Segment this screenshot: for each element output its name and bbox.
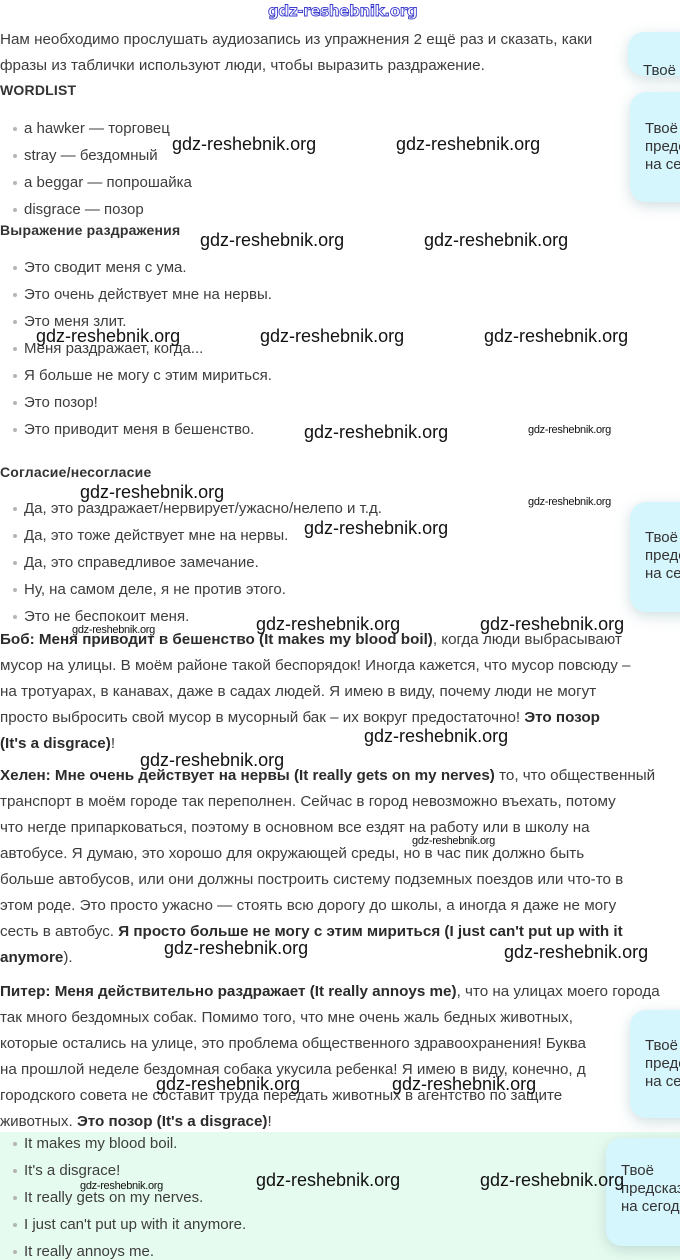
watermark: gdz-reshebnik.org [36,326,180,347]
prediction-widget[interactable]: Твоё предсказание на сегодня [630,1010,680,1118]
watermark: gdz-reshebnik.org [256,614,400,635]
prediction-widget[interactable]: Твоё [628,32,680,76]
list-item: Я больше не могу с этим мириться. [0,362,272,389]
watermark: gdz-reshebnik.org [80,1180,163,1192]
watermark: gdz-reshebnik.org [304,518,448,539]
prediction-widget[interactable]: Твоё предсказание на сегодня [606,1138,680,1246]
watermark: gdz-reshebnik.org [256,1170,400,1191]
watermark: gdz-reshebnik.org [164,938,308,959]
watermark: gdz-reshebnik.org [484,326,628,347]
list-item: Это позор! [0,389,272,416]
list-item: It really annoys me. [0,1238,246,1260]
peter-paragraph: Питер: Меня действительно раздражает (It… [0,979,676,1135]
list-item: It makes my blood boil. [0,1130,246,1157]
list-item: a hawker — торговец [0,115,192,142]
watermark: gdz-reshebnik.org [424,230,568,251]
list-item: Да, это справедливое замечание. [0,549,382,576]
list-item: Это сводит меня с ума. [0,254,272,281]
irritation-heading: Выражение раздражения [0,222,180,238]
watermark: gdz-reshebnik.org [304,422,448,443]
watermark: gdz-reshebnik.org [480,614,624,635]
wordlist: a hawker — торговец stray — бездомный a … [0,115,192,223]
agreement-heading: Согласие/несогласие [0,464,151,480]
intro-paragraph: Нам необходимо прослушать аудиозапись из… [0,27,676,79]
watermark: gdz-reshebnik.org [140,750,284,771]
list-item: Это очень действует мне на нервы. [0,281,272,308]
watermark: gdz-reshebnik.org [396,134,540,155]
watermark: gdz-reshebnik.org [480,1170,624,1191]
list-item: Ну, на самом деле, я не против этого. [0,576,382,603]
watermark: gdz-reshebnik.org [260,326,404,347]
watermark: gdz-reshebnik.org [80,482,224,503]
watermark: gdz-reshebnik.org [528,424,611,436]
watermark: gdz-reshebnik.org [504,942,648,963]
irritation-list: Это сводит меня с ума. Это очень действу… [0,254,272,443]
list-item: disgrace — позор [0,196,192,223]
agreement-list: Да, это раздражает/нервирует/ужасно/неле… [0,495,382,630]
prediction-widget[interactable]: Твоё предсказание на сегодня [630,502,680,612]
watermark: gdz-reshebnik.org [72,624,155,636]
watermark: gdz-reshebnik.org [200,230,344,251]
list-item: a beggar — попрошайка [0,169,192,196]
watermark: gdz-reshebnik.org [412,835,495,847]
list-item: stray — бездомный [0,142,192,169]
helen-paragraph: Хелен: Мне очень действует на нервы (It … [0,763,676,971]
list-item: I just can't put up with it anymore. [0,1211,246,1238]
prediction-widget[interactable]: Твоё предсказание на сегодня [630,92,680,202]
wordlist-heading: WORDLIST [0,82,76,98]
site-logo[interactable]: gdz-reshebnik.org [268,2,417,20]
watermark: gdz-reshebnik.org [172,134,316,155]
bob-paragraph: Боб: Меня приводит в бешенство (It makes… [0,627,676,757]
list-item: Это приводит меня в бешенство. [0,416,272,443]
watermark: gdz-reshebnik.org [364,726,508,747]
watermark: gdz-reshebnik.org [528,496,611,508]
watermark: gdz-reshebnik.org [156,1074,300,1095]
answers-list: It makes my blood boil. It's a disgrace!… [0,1130,246,1260]
watermark: gdz-reshebnik.org [392,1074,536,1095]
